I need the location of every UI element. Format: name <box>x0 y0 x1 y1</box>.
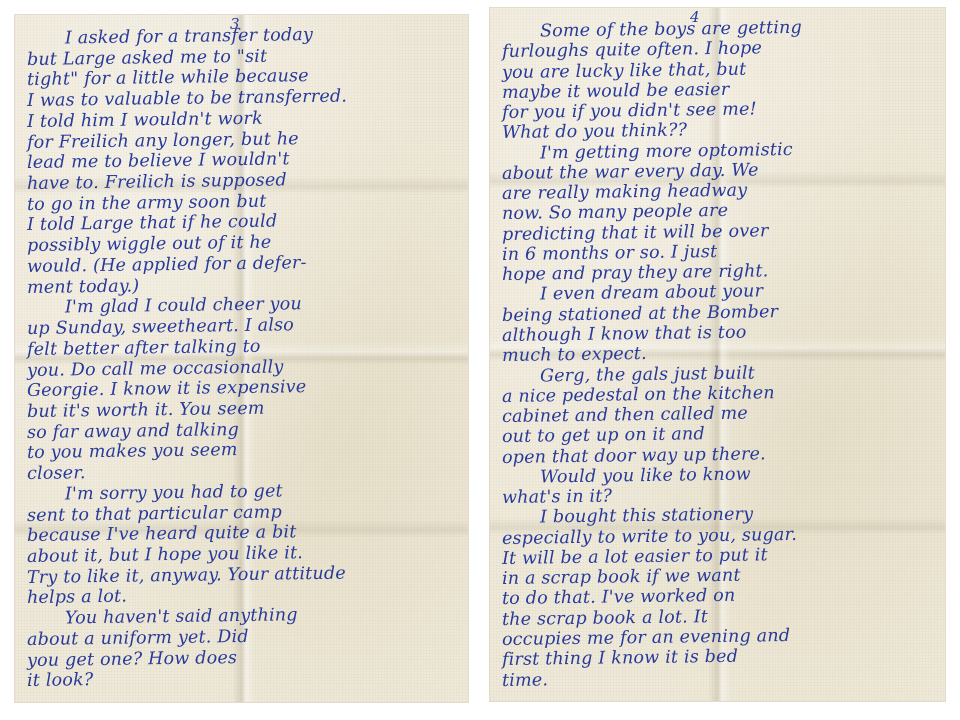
letter-page-4: 4 Some of the boys are gettingfurloughs … <box>490 8 945 701</box>
letter-text: I asked for a transfer todaybut Large as… <box>27 29 460 692</box>
letter-text: Some of the boys are gettingfurloughs qu… <box>502 22 937 691</box>
handwritten-line: it look? <box>27 665 460 692</box>
letter-page-3: 3 I asked for a transfer todaybut Large … <box>15 15 468 702</box>
